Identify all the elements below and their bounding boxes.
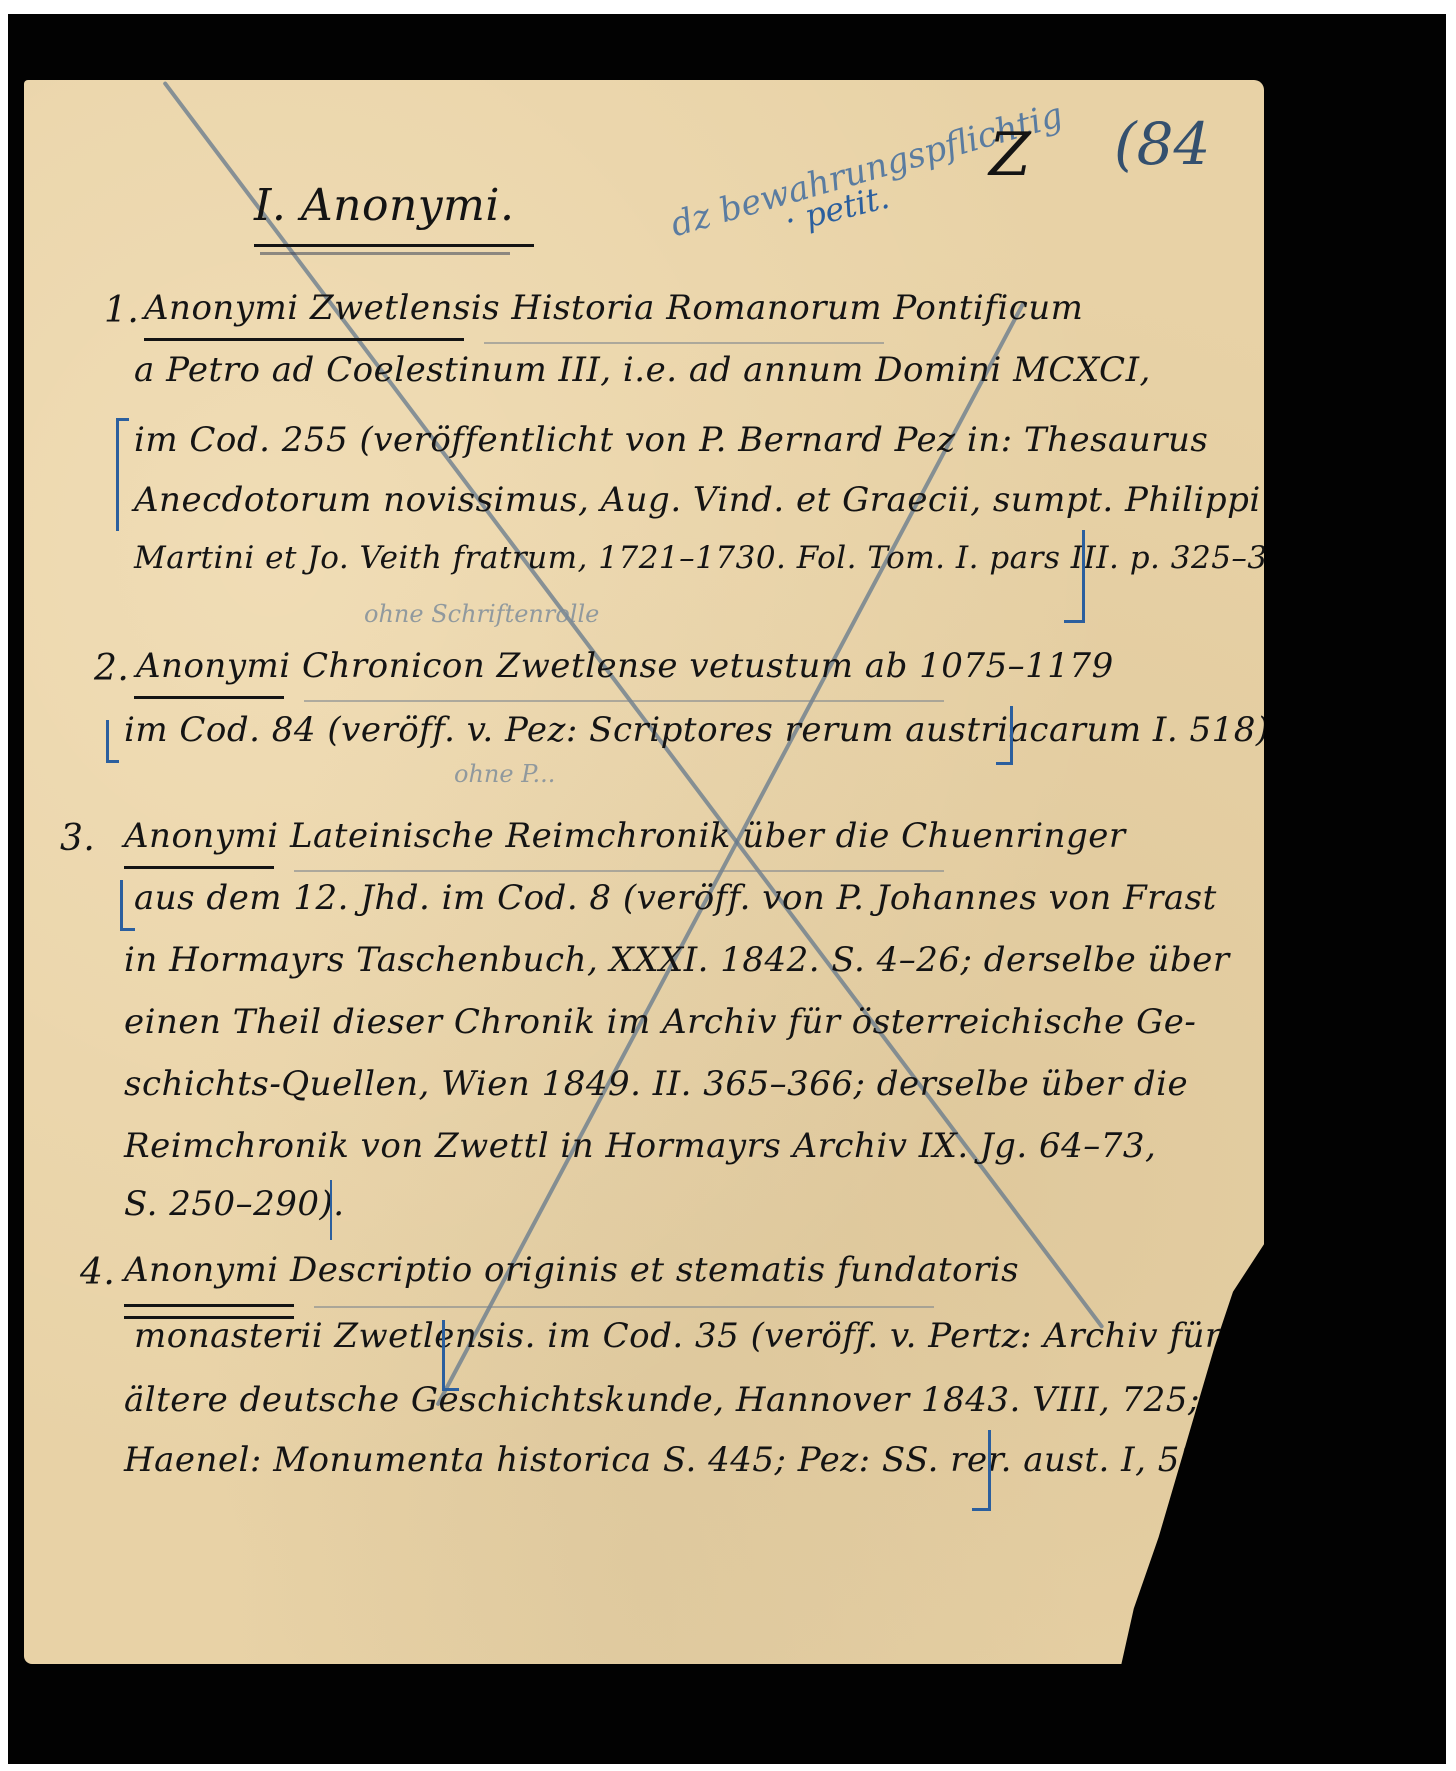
entry-1-close-bracket xyxy=(1064,530,1085,623)
entry-2-line-1: Anonymi Chronicon Zwetlense vetustum ab … xyxy=(136,646,1114,686)
entry-2-close-bracket xyxy=(996,706,1013,765)
entry-3-line-6: Reimchronik von Zwettl in Hormayrs Archi… xyxy=(124,1126,1156,1166)
entry-3-line-2: aus dem 12. Jhd. im Cod. 8 (veröff. von … xyxy=(134,878,1217,918)
entry-1-underline xyxy=(144,338,464,341)
entry-4-close-bracket xyxy=(972,1430,991,1511)
entry-3-number: 3. xyxy=(60,818,95,859)
entry-4-number: 4. xyxy=(80,1252,115,1293)
entry-3-line-1: Anonymi Lateinische Reimchronik über die… xyxy=(124,816,1126,856)
entry-2-pencil-note: ohne P... xyxy=(454,760,555,788)
entry-3-line-5: schichts-Quellen, Wien 1849. II. 365–366… xyxy=(124,1064,1188,1104)
entry-1-pencil-note: ohne Schriftenrolle xyxy=(364,600,599,628)
entry-1-open-bracket xyxy=(116,418,129,531)
entry-4-line-2: monasterii Zwetlensis. im Cod. 35 (veröf… xyxy=(134,1316,1222,1356)
entry-4-line-1: Anonymi Descriptio originis et stematis … xyxy=(124,1250,1019,1290)
manuscript-page: I. Anonymi. dz bewahrungspflichtig · pet… xyxy=(24,80,1264,1664)
section-title: I. Anonymi. xyxy=(254,180,514,231)
entry-1-line-4: Anecdotorum novissimus, Aug. Vind. et Gr… xyxy=(134,480,1261,520)
entry-2-open-bracket xyxy=(106,720,119,763)
entry-1-number: 1. xyxy=(104,290,139,331)
entry-4-line-3: ältere deutsche Geschichtskunde, Hannove… xyxy=(124,1380,1200,1420)
entry-1-pencil-rule xyxy=(484,342,884,344)
entry-2-underline xyxy=(134,696,284,699)
entry-1-line-3: im Cod. 255 (veröffentlicht von P. Berna… xyxy=(134,420,1208,460)
entry-3-line-4: einen Theil dieser Chronik im Archiv für… xyxy=(124,1002,1196,1042)
entry-1-line-1: Anonymi Zwetlensis Historia Romanorum Po… xyxy=(144,288,1083,328)
title-underline-2 xyxy=(260,252,510,255)
title-underline-1 xyxy=(254,244,534,247)
entry-2-line-2: im Cod. 84 (veröff. v. Pez: Scriptores r… xyxy=(124,710,1281,750)
section-title-text: I. Anonymi. xyxy=(254,180,514,231)
entry-2-number: 2. xyxy=(94,648,129,689)
entry-3-line-7: S. 250–290). xyxy=(124,1184,345,1224)
page-number: (84 xyxy=(1114,110,1210,178)
entry-4-pencil-rule xyxy=(314,1306,934,1308)
entry-4-line-4: Haenel: Monumenta historica S. 445; Pez:… xyxy=(124,1440,1249,1480)
entry-3-pencil-rule xyxy=(294,870,944,872)
entry-1-line-2: a Petro ad Coelestinum III, i.e. ad annu… xyxy=(134,350,1151,390)
entry-4-underline-1 xyxy=(124,1304,294,1307)
letter-mark: Z xyxy=(989,120,1031,190)
entry-3-open-bracket xyxy=(120,880,135,931)
entry-1-line-5: Martini et Jo. Veith fratrum, 1721–1730.… xyxy=(134,540,1331,576)
entry-3-close-bracket xyxy=(320,1180,332,1240)
entry-3-underline xyxy=(124,866,274,869)
entry-3-line-3: in Hormayrs Taschenbuch, XXXI. 1842. S. … xyxy=(124,940,1230,980)
entry-2-pencil-rule xyxy=(304,700,944,702)
